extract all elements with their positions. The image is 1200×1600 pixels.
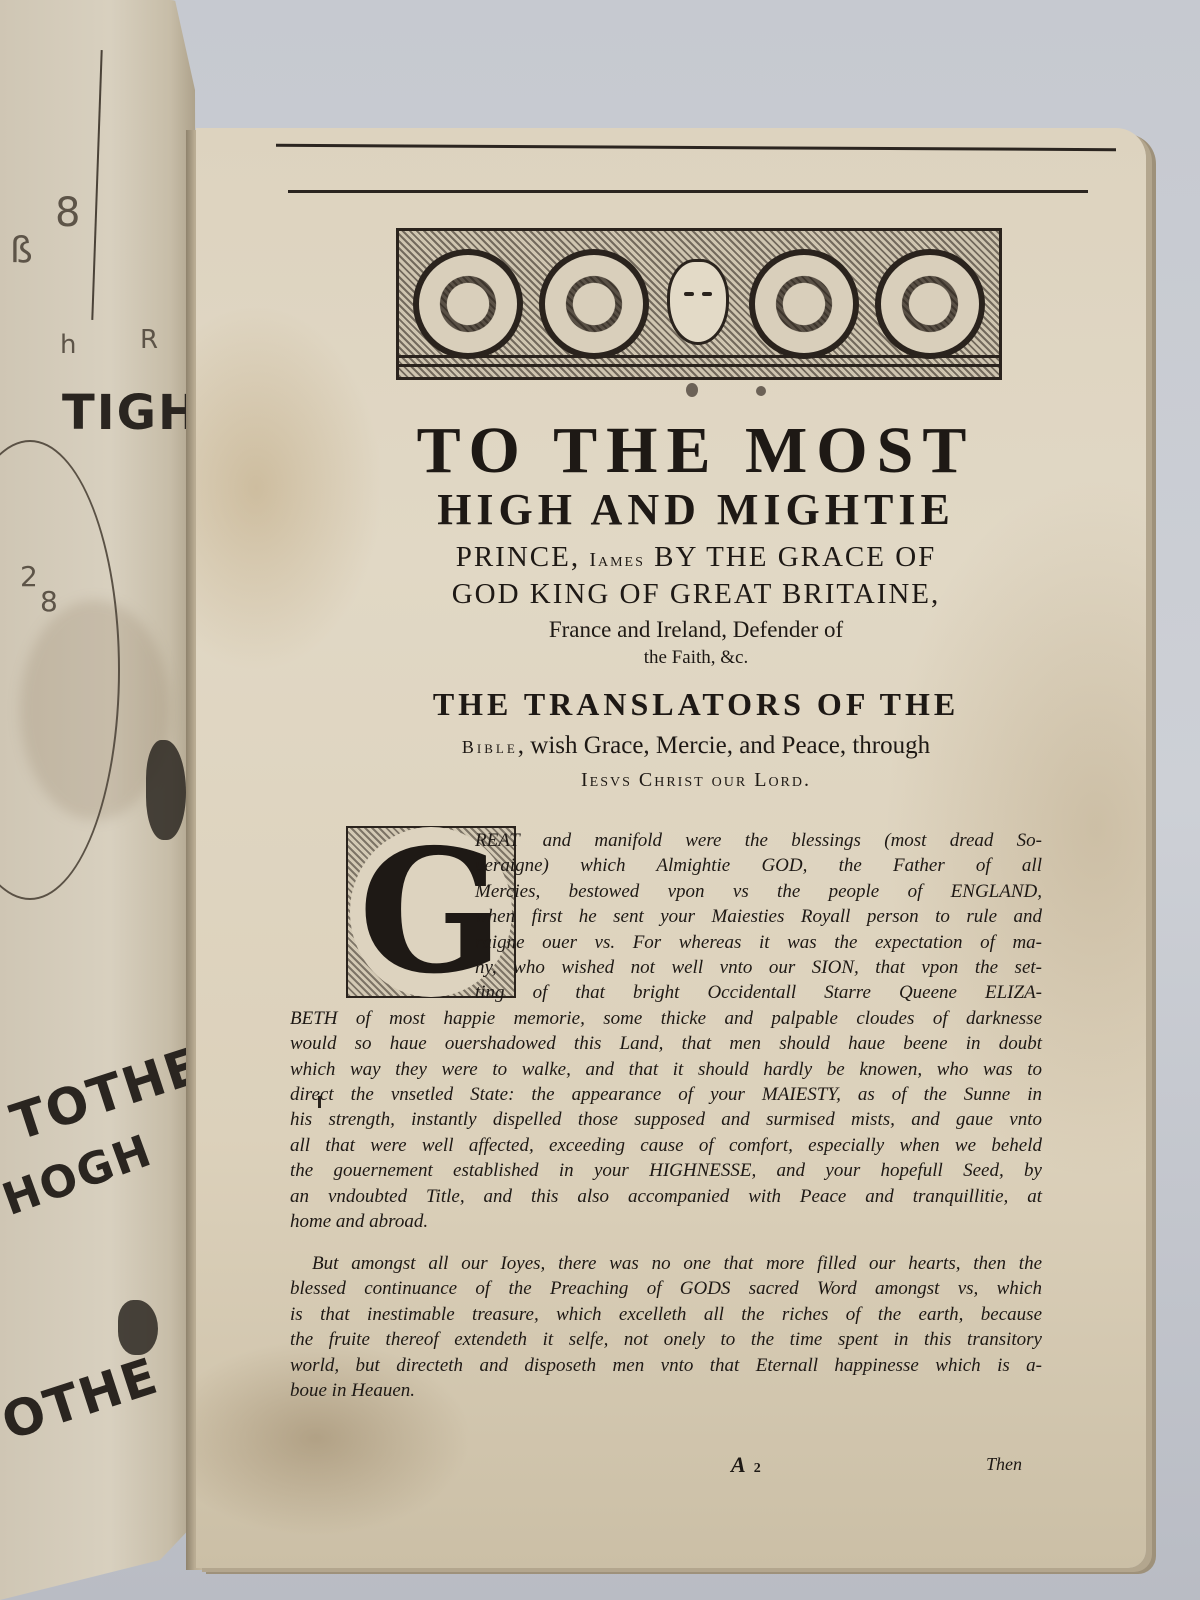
text-line: BETH of most happie memorie, some thicke… <box>290 1006 1042 1031</box>
title-line-4: GOD KING OF GREAT BRITAINE, <box>346 580 1046 609</box>
text-line: the fruite thereof extendeth it selfe, n… <box>290 1327 1042 1352</box>
title-line-6: the Faith, &c. <box>346 648 1046 667</box>
subtitle-grace: , wish Grace, Mercie, and Peace, through <box>518 732 930 759</box>
title-line-3: PRINCE, Iames BY THE GRACE OF <box>346 543 1046 572</box>
scroll-ornament <box>875 249 985 359</box>
paragraph-1: REAT and manifold were the blessings (mo… <box>290 828 1042 1235</box>
text-line: home and abroad. <box>290 1209 1042 1234</box>
title-grace: BY THE GRACE OF <box>645 541 936 573</box>
signature-number: 2 <box>754 1461 761 1476</box>
scribble-8: 8 <box>55 190 82 236</box>
title-line-5: France and Ireland, Defender of <box>346 618 1046 641</box>
scribble-h: h <box>60 330 78 360</box>
signature-mark: A2 <box>731 1452 761 1478</box>
text-line: direct the vnsetled State: the appearanc… <box>290 1082 1042 1107</box>
right-printed-page: TO THE MOST HIGH AND MIGHTIE PRINCE, Iam… <box>196 128 1146 1568</box>
text-line: ting of that bright Occidentall Starre Q… <box>290 980 1042 1005</box>
text-line: when first he sent your Maiesties Royall… <box>290 904 1042 929</box>
drawn-line <box>91 50 102 320</box>
text-line: world, but directeth and disposeth men v… <box>290 1353 1042 1378</box>
scroll-ornament <box>749 249 859 359</box>
text-line: boue in Heauen. <box>290 1378 1042 1403</box>
top-rule <box>276 144 1116 151</box>
margin-mark <box>318 1096 321 1108</box>
headpiece-bar <box>399 355 999 367</box>
scribble-tothe: TOTHE <box>4 1036 209 1152</box>
text-line: which way they were to walke, and that i… <box>290 1057 1042 1082</box>
ink-spot <box>756 386 766 396</box>
text-line: Mercies, bestowed vpon vs the people of … <box>290 879 1042 904</box>
text-line: ny, who wished not well vnto our SION, t… <box>290 955 1042 980</box>
title-prince: PRINCE, <box>456 541 590 573</box>
subtitle-line-2: Bible, wish Grace, Mercie, and Peace, th… <box>346 733 1046 758</box>
subtitle-bible: Bible <box>462 737 518 757</box>
title-line-1: TO THE MOST <box>346 418 1046 484</box>
catchword: Then <box>986 1454 1022 1475</box>
cherub-face-ornament <box>667 259 729 345</box>
subtitle-line-1: THE TRANSLATORS OF THE <box>346 688 1046 720</box>
ink-spot <box>686 383 698 397</box>
text-line: the gouernement established in your HIGH… <box>290 1158 1042 1183</box>
scribble-tigh: TIGH <box>62 385 200 441</box>
left-flyleaf-page: 8 ß R h TIGH 2 8 TOTHE M HOGH OTHE <box>0 0 200 1600</box>
scroll-ornament <box>539 249 649 359</box>
signature-letter: A <box>731 1452 746 1477</box>
text-line: ueraigne) which Almightie GOD, the Fathe… <box>290 853 1042 878</box>
paragraph-2: But amongst all our Ioyes, there was no … <box>290 1251 1042 1403</box>
second-rule <box>288 190 1088 193</box>
scribble-b: ß <box>10 230 35 271</box>
ink-blot <box>118 1300 158 1355</box>
title-james: Iames <box>589 549 645 571</box>
title-line-2: HIGH AND MIGHTIE <box>346 488 1046 532</box>
drawn-circle <box>0 440 120 900</box>
text-line: is that inestimable treasure, which exce… <box>290 1302 1042 1327</box>
text-line: all that were well affected, exceeding c… <box>290 1133 1042 1158</box>
text-line: his strength, instantly dispelled those … <box>290 1107 1042 1132</box>
scribble-8b: 8 <box>40 585 60 618</box>
ink-blot <box>146 740 186 840</box>
text-line: would so haue ouershadowed this Land, th… <box>290 1031 1042 1056</box>
scribble-r: R <box>140 325 160 355</box>
text-line: blessed continuance of the Preaching of … <box>290 1276 1042 1301</box>
text-line: raigne ouer vs. For whereas it was the e… <box>290 930 1042 955</box>
scribble-othe: OTHE <box>0 1347 166 1452</box>
ornamental-headpiece <box>396 228 1002 380</box>
subtitle-line-3: Iesvs Christ our Lord. <box>346 770 1046 790</box>
text-line: But amongst all our Ioyes, there was no … <box>290 1251 1042 1276</box>
text-line: REAT and manifold were the blessings (mo… <box>290 828 1042 853</box>
text-line: an vndoubted Title, and this also accomp… <box>290 1184 1042 1209</box>
scribble-2: 2 <box>20 560 40 593</box>
scroll-ornament <box>413 249 523 359</box>
